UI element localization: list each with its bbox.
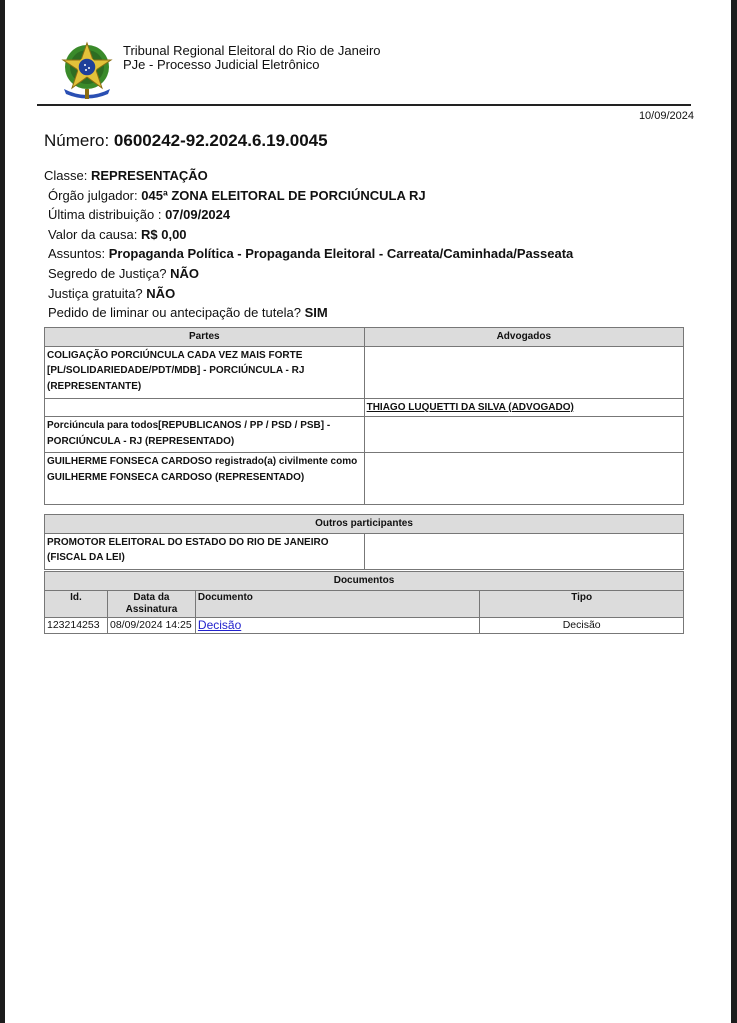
documentos-table: Documentos Id. Data da Assinatura Docume… bbox=[44, 571, 684, 634]
field-segredo-justica: Segredo de Justiça? NÃO bbox=[44, 264, 573, 284]
field-value: R$ 0,00 bbox=[141, 227, 187, 242]
column-header-id: Id. bbox=[45, 590, 108, 617]
field-label: Justiça gratuita? bbox=[48, 286, 143, 301]
column-header-partes: Partes bbox=[45, 328, 365, 347]
field-value: SIM bbox=[305, 305, 328, 320]
field-pedido-liminar: Pedido de liminar ou antecipação de tute… bbox=[44, 303, 573, 323]
field-value: NÃO bbox=[146, 286, 175, 301]
org-title: Tribunal Regional Eleitoral do Rio de Ja… bbox=[123, 44, 381, 58]
field-label: Segredo de Justiça? bbox=[48, 266, 167, 281]
documentos-header: Documentos bbox=[45, 572, 684, 591]
partes-table: Partes Advogados COLIGAÇÃO PORCIÚNCULA C… bbox=[44, 327, 684, 505]
table-row: COLIGAÇÃO PORCIÚNCULA CADA VEZ MAIS FORT… bbox=[45, 346, 684, 398]
documento-data-cell: 08/09/2024 14:25 bbox=[107, 617, 195, 633]
field-value: Propaganda Política - Propaganda Eleitor… bbox=[109, 246, 574, 261]
documento-link[interactable]: Decisão bbox=[198, 618, 241, 632]
table-row: Porciúncula para todos[REPUBLICANOS / PP… bbox=[45, 417, 684, 453]
field-label: Assuntos: bbox=[48, 246, 105, 261]
field-value: 07/09/2024 bbox=[165, 207, 230, 222]
field-value: NÃO bbox=[170, 266, 199, 281]
process-number: Número: 0600242-92.2024.6.19.0045 bbox=[44, 131, 328, 151]
table-row: PROMOTOR ELEITORAL DO ESTADO DO RIO DE J… bbox=[45, 533, 684, 569]
field-label: Última distribuição : bbox=[48, 207, 161, 222]
document-page bbox=[5, 0, 731, 1023]
print-date: 10/09/2024 bbox=[639, 110, 694, 122]
participante-extra-cell bbox=[364, 533, 683, 569]
field-ultima-distribuicao: Última distribuição : 07/09/2024 bbox=[44, 205, 573, 225]
table-row: THIAGO LUQUETTI DA SILVA (ADVOGADO) bbox=[45, 398, 684, 417]
field-classe: Classe: REPRESENTAÇÃO bbox=[44, 166, 573, 186]
column-header-data-assinatura: Data da Assinatura bbox=[107, 590, 195, 617]
documento-link-cell: Decisão bbox=[195, 617, 479, 633]
advogado-cell bbox=[364, 346, 683, 398]
parte-cell bbox=[45, 398, 365, 417]
table-row: GUILHERME FONSECA CARDOSO registrado(a) … bbox=[45, 453, 684, 505]
field-assuntos: Assuntos: Propaganda Política - Propagan… bbox=[44, 244, 573, 264]
table-header-row: Id. Data da Assinatura Documento Tipo bbox=[45, 590, 684, 617]
org-subtitle: PJe - Processo Judicial Eletrônico bbox=[123, 58, 320, 72]
column-header-documento: Documento bbox=[195, 590, 479, 617]
advogado-cell bbox=[364, 417, 683, 453]
field-label: Pedido de liminar ou antecipação de tute… bbox=[48, 305, 301, 320]
field-label: Valor da causa: bbox=[48, 227, 137, 242]
parte-cell: GUILHERME FONSECA CARDOSO registrado(a) … bbox=[45, 453, 365, 505]
outros-participantes-header: Outros participantes bbox=[45, 515, 684, 534]
field-label: Órgão julgador: bbox=[48, 188, 138, 203]
advogado-cell: THIAGO LUQUETTI DA SILVA (ADVOGADO) bbox=[364, 398, 683, 417]
table-header-row: Outros participantes bbox=[45, 515, 684, 534]
field-orgao-julgador: Órgão julgador: 045ª ZONA ELEITORAL DE P… bbox=[44, 186, 573, 206]
field-value: 045ª ZONA ELEITORAL DE PORCIÚNCULA RJ bbox=[141, 188, 425, 203]
field-justica-gratuita: Justiça gratuita? NÃO bbox=[44, 284, 573, 304]
table-header-row: Partes Advogados bbox=[45, 328, 684, 347]
documento-tipo-cell: Decisão bbox=[480, 617, 684, 633]
table-header-row: Documentos bbox=[45, 572, 684, 591]
parte-cell: Porciúncula para todos[REPUBLICANOS / PP… bbox=[45, 417, 365, 453]
field-value: REPRESENTAÇÃO bbox=[91, 168, 208, 183]
brazil-coat-of-arms-icon bbox=[56, 39, 118, 101]
field-valor-causa: Valor da causa: R$ 0,00 bbox=[44, 225, 573, 245]
process-number-value: 0600242-92.2024.6.19.0045 bbox=[114, 131, 328, 150]
process-fields: Classe: REPRESENTAÇÃO Órgão julgador: 04… bbox=[44, 166, 573, 323]
participante-cell: PROMOTOR ELEITORAL DO ESTADO DO RIO DE J… bbox=[45, 533, 365, 569]
header-divider bbox=[37, 104, 691, 106]
column-header-advogados: Advogados bbox=[364, 328, 683, 347]
documento-id-cell: 123214253 bbox=[45, 617, 108, 633]
advogado-cell bbox=[364, 453, 683, 505]
parte-cell: COLIGAÇÃO PORCIÚNCULA CADA VEZ MAIS FORT… bbox=[45, 346, 365, 398]
process-number-label: Número: bbox=[44, 131, 109, 150]
field-label: Classe: bbox=[44, 168, 87, 183]
table-row: 123214253 08/09/2024 14:25 Decisão Decis… bbox=[45, 617, 684, 633]
outros-participantes-table: Outros participantes PROMOTOR ELEITORAL … bbox=[44, 514, 684, 570]
column-header-tipo: Tipo bbox=[480, 590, 684, 617]
